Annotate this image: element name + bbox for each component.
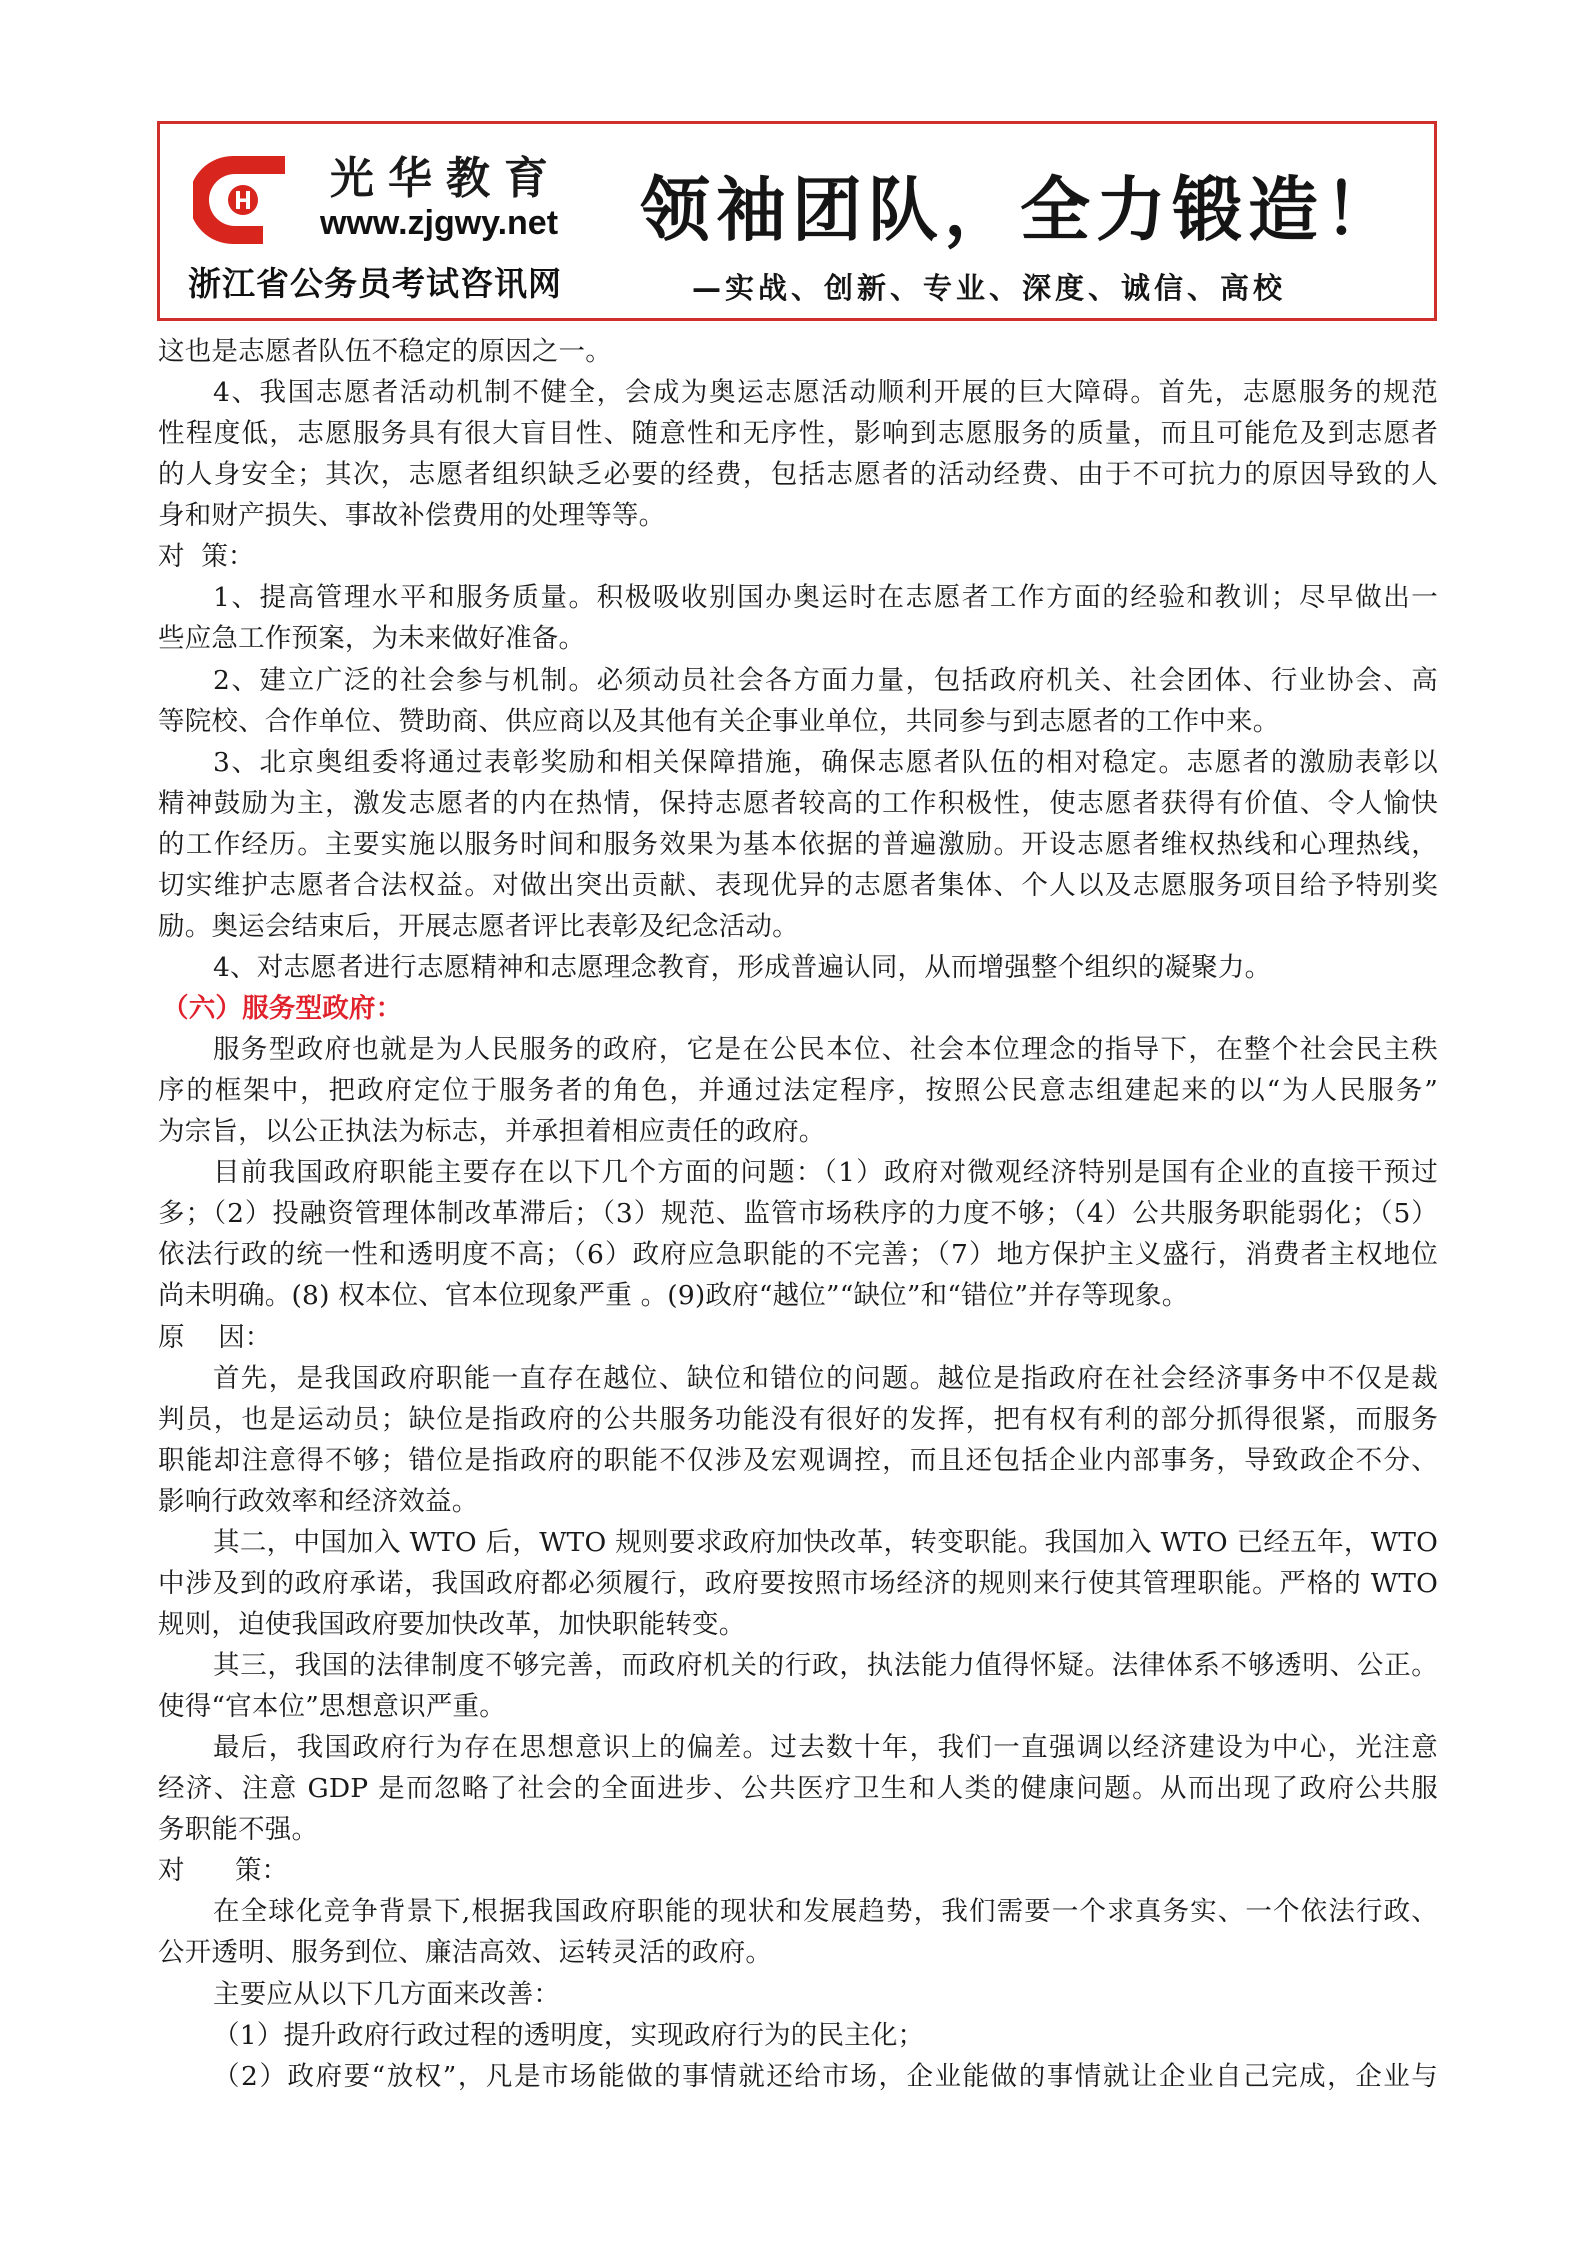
text-line-content: 这也是志愿者队伍不稳定的原因之一。 [158,336,612,367]
text-line-content: 规则，迫使我国政府要加快改革，加快职能转变。 [158,1609,745,1640]
text-line: 判员，也是运动员；缺位是指政府的公共服务功能没有很好的发挥，把有权有利的部分抓得… [158,1399,1438,1440]
section-label: 原 因： [158,1317,1438,1358]
text-line: 首先，是我国政府职能一直存在越位、缺位和错位的问题。越位是指政府在社会经济事务中… [158,1358,1438,1399]
text-line: 的人身安全；其次，志愿者组织缺乏必要的经费，包括志愿者的活动经费、由于不可抗力的… [158,454,1438,495]
section-label: 对 策： [158,1850,1438,1891]
header-banner: 光华教育 www.zjgwy.net 浙江省公务员考试咨讯网 领袖团队，全力锻造… [157,121,1437,321]
text-line-content: 等院校、合作单位、赞助商、供应商以及其他有关企事业单位，共同参与到志愿者的工作中… [158,706,1279,737]
text-line: 影响行政效率和经济效益。 [158,1481,1438,1522]
text-line: 等院校、合作单位、赞助商、供应商以及其他有关企事业单位，共同参与到志愿者的工作中… [158,701,1438,742]
text-line-content: 经济、注意 GDP 是而忽略了社会的全面进步、公共医疗卫生和人类的健康问题。从而… [158,1768,1438,1809]
text-line-content: 其二，中国加入 WTO 后，WTO 规则要求政府加快改革，转变职能。我国加入 W… [213,1522,1438,1563]
text-line-content: 最后，我国政府行为存在思想意识上的偏差。过去数十年，我们一直强调以经济建设为中心… [213,1727,1438,1768]
text-line-content: 4、对志愿者进行志愿精神和志愿理念教育，形成普遍认同，从而增强整个组织的凝聚力。 [213,952,1271,983]
text-line-content: 的工作经历。主要实施以服务时间和服务效果为基本依据的普遍激励。开设志愿者维权热线… [158,824,1438,865]
text-line: 公开透明、服务到位、廉洁高效、运转灵活的政府。 [158,1932,1438,1973]
text-line-content: 1、提高管理水平和服务质量。积极吸收别国办奥运时在志愿者工作方面的经验和教训；尽… [213,577,1438,618]
text-line-content: 切实维护志愿者合法权益。对做出突出贡献、表现优异的志愿者集体、个人以及志愿服务项… [158,865,1438,906]
text-line: 4、我国志愿者活动机制不健全，会成为奥运志愿活动顺利开展的巨大障碍。首先，志愿服… [158,372,1438,413]
text-line: 务职能不强。 [158,1809,1438,1850]
text-line-content: 中涉及到的政府承诺，我国政府都必须履行，政府要按照市场经济的规则来行使其管理职能… [158,1563,1438,1604]
text-line-content: 4、我国志愿者活动机制不健全，会成为奥运志愿活动顺利开展的巨大障碍。首先，志愿服… [213,372,1438,413]
text-line: 身和财产损失、事故补偿费用的处理等等。 [158,495,1438,536]
text-line: 性程度低，志愿服务具有很大盲目性、随意性和无序性，影响到志愿服务的质量，而且可能… [158,413,1438,454]
brand-name: 光华教育 [330,142,562,206]
text-line-content: 影响行政效率和经济效益。 [158,1486,478,1517]
text-line: 励。奥运会结束后，开展志愿者评比表彰及纪念活动。 [158,906,1438,947]
text-line: 最后，我国政府行为存在思想意识上的偏差。过去数十年，我们一直强调以经济建设为中心… [158,1727,1438,1768]
text-line-content: 身和财产损失、事故补偿费用的处理等等。 [158,500,665,531]
text-line: 使得“官本位”思想意识严重。 [158,1686,1438,1727]
text-line: 3、北京奥组委将通过表彰奖励和相关保障措施，确保志愿者队伍的相对稳定。志愿者的激… [158,742,1438,783]
text-line: 多；（2）投融资管理体制改革滞后；（3）规范、监管市场秩序的力度不够；（4）公共… [158,1193,1438,1234]
text-line: 规则，迫使我国政府要加快改革，加快职能转变。 [158,1604,1438,1645]
text-line: 1、提高管理水平和服务质量。积极吸收别国办奥运时在志愿者工作方面的经验和教训；尽… [158,577,1438,618]
text-line-content: 的人身安全；其次，志愿者组织缺乏必要的经费，包括志愿者的活动经费、由于不可抗力的… [158,454,1438,495]
gh-logo-icon [193,150,293,250]
text-line: 精神鼓励为主，激发志愿者的内在热情，保持志愿者较高的工作积极性，使志愿者获得有价… [158,783,1438,824]
text-line: 这也是志愿者队伍不稳定的原因之一。 [158,331,1438,372]
text-line-content: 对 策： [158,1855,288,1886]
text-line: 序的框架中，把政府定位于服务者的角色，并通过法定程序，按照公民意志组建起来的以“… [158,1070,1438,1111]
text-line-content: 目前我国政府职能主要存在以下几个方面的问题：（1）政府对微观经济特别是国有企业的… [213,1152,1438,1193]
text-line-content: 务职能不强。 [158,1814,318,1845]
text-line-content: 性程度低，志愿服务具有很大盲目性、随意性和无序性，影响到志愿服务的质量，而且可能… [158,413,1438,454]
text-line: （2）政府要“放权”，凡是市场能做的事情就还给市场，企业能做的事情就让企业自己完… [158,2056,1438,2097]
text-line-content: 依法行政的统一性和透明度不高；（6）政府应急职能的不完善；（7）地方保护主义盛行… [158,1234,1438,1275]
text-line-content: 尚未明确。(8) 权本位、官本位现象严重 。(9)政府“越位”“缺位”和“错位”… [158,1280,1188,1311]
site-name: 浙江省公务员考试咨讯网 [188,258,562,305]
text-line: 其二，中国加入 WTO 后，WTO 规则要求政府加快改革，转变职能。我国加入 W… [158,1522,1438,1563]
text-line: 经济、注意 GDP 是而忽略了社会的全面进步、公共医疗卫生和人类的健康问题。从而… [158,1768,1438,1809]
text-line-content: 3、北京奥组委将通过表彰奖励和相关保障措施，确保志愿者队伍的相对稳定。志愿者的激… [213,742,1438,783]
text-line: 依法行政的统一性和透明度不高；（6）政府应急职能的不完善；（7）地方保护主义盛行… [158,1234,1438,1275]
text-line-content: 对 策： [158,541,254,572]
text-line: 目前我国政府职能主要存在以下几个方面的问题：（1）政府对微观经济特别是国有企业的… [158,1152,1438,1193]
tagline: —实战、创新、专业、深度、诚信、高校 [692,266,1286,307]
text-line-content: 职能却注意得不够；错位是指政府的职能不仅涉及宏观调控，而且还包括企业内部事务，导… [158,1440,1438,1481]
text-line-content: （1）提升政府行政过程的透明度，实现政府行为的民主化； [213,2020,924,2051]
text-line-content: 2、建立广泛的社会参与机制。必须动员社会各方面力量，包括政府机关、社会团体、行业… [213,660,1438,701]
text-line-content: 使得“官本位”思想意识严重。 [158,1691,506,1722]
text-line: 职能却注意得不够；错位是指政府的职能不仅涉及宏观调控，而且还包括企业内部事务，导… [158,1440,1438,1481]
text-line: 主要应从以下几方面来改善： [158,1974,1438,2015]
text-line-content: 判员，也是运动员；缺位是指政府的公共服务功能没有很好的发挥，把有权有利的部分抓得… [158,1399,1438,1440]
text-line-content: 首先，是我国政府职能一直存在越位、缺位和错位的问题。越位是指政府在社会经济事务中… [213,1358,1438,1399]
text-line: 其三，我国的法律制度不够完善，而政府机关的行政，执法能力值得怀疑。法律体系不够透… [158,1645,1438,1686]
text-line: 2、建立广泛的社会参与机制。必须动员社会各方面力量，包括政府机关、社会团体、行业… [158,660,1438,701]
text-line: 在全球化竞争背景下,根据我国政府职能的现状和发展趋势，我们需要一个求真务实、一个… [158,1891,1438,1932]
text-line: 的工作经历。主要实施以服务时间和服务效果为基本依据的普遍激励。开设志愿者维权热线… [158,824,1438,865]
text-line-content: 原 因： [158,1322,271,1353]
text-line-content: （六）服务型政府： [162,993,402,1024]
text-line-content: 序的框架中，把政府定位于服务者的角色，并通过法定程序，按照公民意志组建起来的以“… [158,1070,1438,1111]
text-line: 些应急工作预案，为未来做好准备。 [158,618,1438,659]
text-line-content: 为宗旨，以公正执法为标志，并承担着相应责任的政府。 [158,1116,826,1147]
text-line: 为宗旨，以公正执法为标志，并承担着相应责任的政府。 [158,1111,1438,1152]
text-line-content: 主要应从以下几方面来改善： [213,1979,560,2010]
text-line-content: 公开透明、服务到位、廉洁高效、运转灵活的政府。 [158,1937,772,1968]
section-label: 对 策： [158,536,1438,577]
text-line-content: 其三，我国的法律制度不够完善，而政府机关的行政，执法能力值得怀疑。法律体系不够透… [213,1645,1438,1686]
section-heading: （六）服务型政府： [158,988,1438,1029]
text-line-content: 励。奥运会结束后，开展志愿者评比表彰及纪念活动。 [158,911,799,942]
text-line-content: 些应急工作预案，为未来做好准备。 [158,623,585,654]
text-line: 服务型政府也就是为人民服务的政府，它是在公民本位、社会本位理念的指导下，在整个社… [158,1029,1438,1070]
document-body: 这也是志愿者队伍不稳定的原因之一。4、我国志愿者活动机制不健全，会成为奥运志愿活… [158,331,1438,2097]
text-line: 尚未明确。(8) 权本位、官本位现象严重 。(9)政府“越位”“缺位”和“错位”… [158,1275,1438,1316]
text-line: 4、对志愿者进行志愿精神和志愿理念教育，形成普遍认同，从而增强整个组织的凝聚力。 [158,947,1438,988]
slogan: 领袖团队，全力锻造！ [640,154,1400,255]
text-line: 中涉及到的政府承诺，我国政府都必须履行，政府要按照市场经济的规则来行使其管理职能… [158,1563,1438,1604]
text-line-content: 在全球化竞争背景下,根据我国政府职能的现状和发展趋势，我们需要一个求真务实、一个… [213,1891,1438,1932]
text-line: （1）提升政府行政过程的透明度，实现政府行为的民主化； [158,2015,1438,2056]
text-line-content: 多；（2）投融资管理体制改革滞后；（3）规范、监管市场秩序的力度不够；（4）公共… [158,1193,1438,1234]
text-line-content: （2）政府要“放权”，凡是市场能做的事情就还给市场，企业能做的事情就让企业自己完… [213,2056,1438,2097]
text-line: 切实维护志愿者合法权益。对做出突出贡献、表现优异的志愿者集体、个人以及志愿服务项… [158,865,1438,906]
brand-url: www.zjgwy.net [320,204,558,243]
text-line-content: 服务型政府也就是为人民服务的政府，它是在公民本位、社会本位理念的指导下，在整个社… [213,1029,1438,1070]
text-line-content: 精神鼓励为主，激发志愿者的内在热情，保持志愿者较高的工作积极性，使志愿者获得有价… [158,783,1438,824]
